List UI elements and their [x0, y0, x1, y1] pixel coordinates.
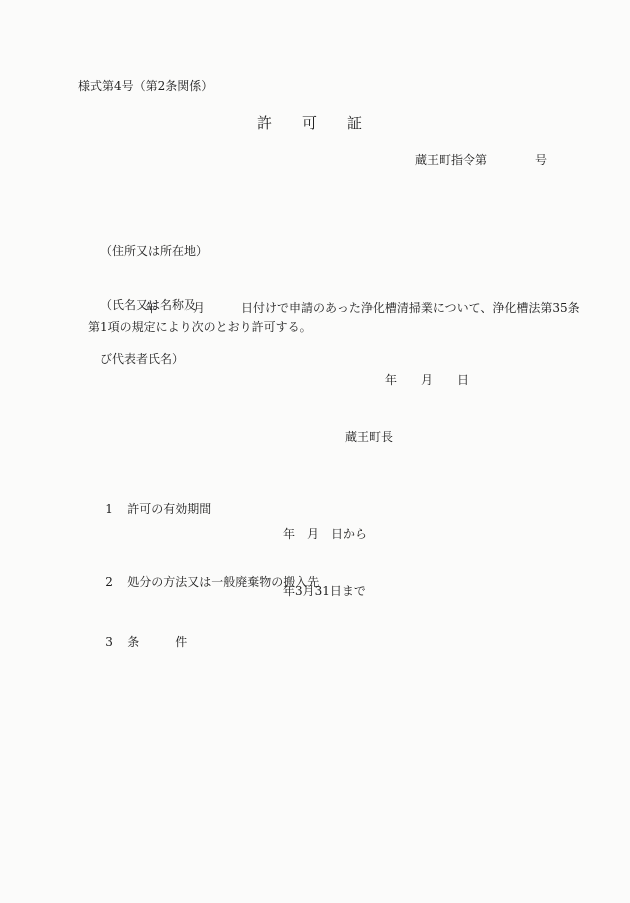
item-2-number: 2: [105, 575, 127, 590]
directive-number-line: 蔵王町指令第 号: [415, 153, 547, 168]
issuer-name: 蔵王町長: [345, 430, 393, 445]
item-3-number: 3: [105, 635, 127, 650]
item-2-label: 処分の方法又は一般廃棄物の搬入先: [127, 575, 319, 589]
document-title: 許 可 証: [257, 114, 362, 132]
item-3-label: 条 件: [127, 635, 187, 649]
item-1-number: 1: [105, 502, 127, 517]
item-1-label: 許可の有効期間: [127, 502, 211, 516]
item-validity-period: 1許可の有効期間: [90, 487, 211, 532]
body-paragraph-line-1: 年 月 日付けで申請のあった浄化槽清掃業について、浄化槽法第35条: [145, 301, 580, 316]
item-disposal-method: 2処分の方法又は一般廃棄物の搬入先: [90, 560, 319, 605]
item-conditions: 3条 件: [90, 620, 187, 665]
issue-date-line: 年 月 日: [385, 373, 469, 388]
permit-certificate-page: 様式第4号（第2条関係） 許 可 証 蔵王町指令第 号 （住所又は所在地） （氏…: [0, 0, 630, 903]
body-paragraph-line-2: 第1項の規定により次のとおり許可する。: [88, 320, 312, 335]
addressee-address-label: （住所又は所在地）: [100, 242, 208, 260]
addressee-name-label-2: び代表者氏名）: [100, 350, 208, 368]
form-number-label: 様式第4号（第2条関係）: [78, 79, 213, 94]
validity-start-line: 年 月 日から: [283, 525, 367, 544]
